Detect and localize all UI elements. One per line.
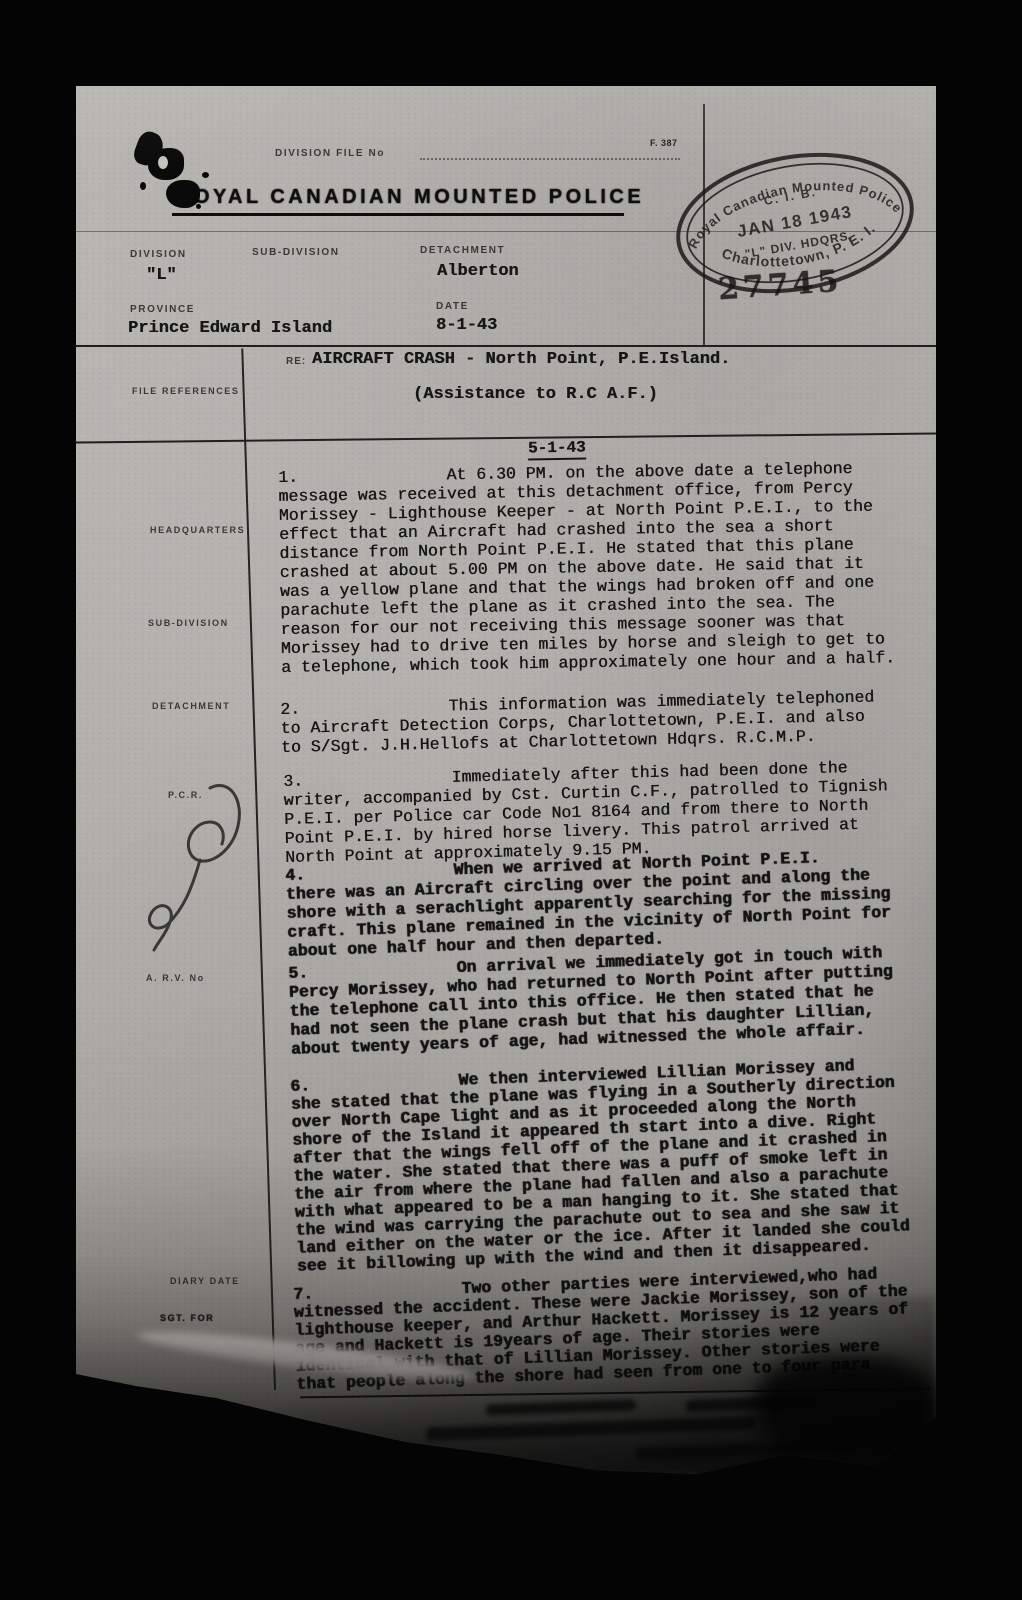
division-file-no-line — [420, 150, 680, 160]
detachment-label: DETACHMENT — [420, 245, 505, 256]
subject-rule — [76, 432, 936, 443]
report-paragraph-5: 5. On arrival we immediately got in touc… — [288, 943, 895, 1059]
form-code: F. 387 — [650, 138, 678, 148]
province-value: Prince Edward Island — [128, 319, 332, 338]
division-value: "L" — [146, 266, 177, 285]
subject-line-1: AIRCRAFT CRASH - North Point, P.E.Island… — [312, 350, 730, 369]
report-date-heading: 5-1-43 — [528, 438, 586, 460]
handwritten-initial — [132, 776, 262, 966]
division-file-no-label: DIVISION FILE No — [275, 148, 385, 159]
page-title: ROYAL CANADIAN MOUNTED POLICE — [176, 186, 644, 209]
margin-headquarters: HEADQUARTERS — [150, 525, 245, 535]
report-paragraph-4: 4. When we arrived at North Point P.E.I.… — [285, 846, 892, 961]
document-page: DIVISION FILE No F. 387 ROYAL CANADIAN M… — [76, 86, 936, 1476]
report-paragraph-1: 1. At 6.30 PM. on the above date a telep… — [278, 458, 895, 677]
margin-file-references: FILE REFERENCES — [132, 386, 240, 396]
dark-corner-blot — [756, 1356, 936, 1456]
title-underline — [172, 213, 624, 216]
ink-speck — [202, 172, 209, 178]
report-paragraph-2: 2. This information was immediately tele… — [280, 688, 875, 757]
margin-sgt-for: SGT. FOR — [160, 1313, 214, 1323]
margin-diary-date: DIARY DATE — [170, 1276, 240, 1286]
ink-blot — [166, 180, 200, 208]
margin-detachment: DETACHMENT — [152, 701, 230, 711]
margin-sub-division: SUB-DIVISION — [148, 618, 229, 628]
division-label: DIVISION — [130, 249, 187, 260]
sub-division-label: SUB-DIVISION — [252, 247, 340, 258]
subject-line-2: (Assistance to R.C A.F.) — [413, 385, 658, 404]
detachment-value: Alberton — [437, 262, 519, 281]
province-label: PROVINCE — [130, 304, 195, 315]
date-value: 8-1-43 — [436, 316, 497, 335]
section-rule — [76, 345, 936, 347]
date-label: DATE — [436, 301, 469, 312]
re-label: RE: — [286, 356, 306, 367]
report-paragraph-6: 6. We then interviewed Lillian Morissey … — [290, 1056, 911, 1276]
ink-speck — [140, 182, 146, 190]
margin-arv-no: A. R.V. No — [146, 973, 205, 983]
scanned-page-background: DIVISION FILE No F. 387 ROYAL CANADIAN M… — [0, 0, 1022, 1600]
paper-tear-hole — [158, 156, 168, 169]
